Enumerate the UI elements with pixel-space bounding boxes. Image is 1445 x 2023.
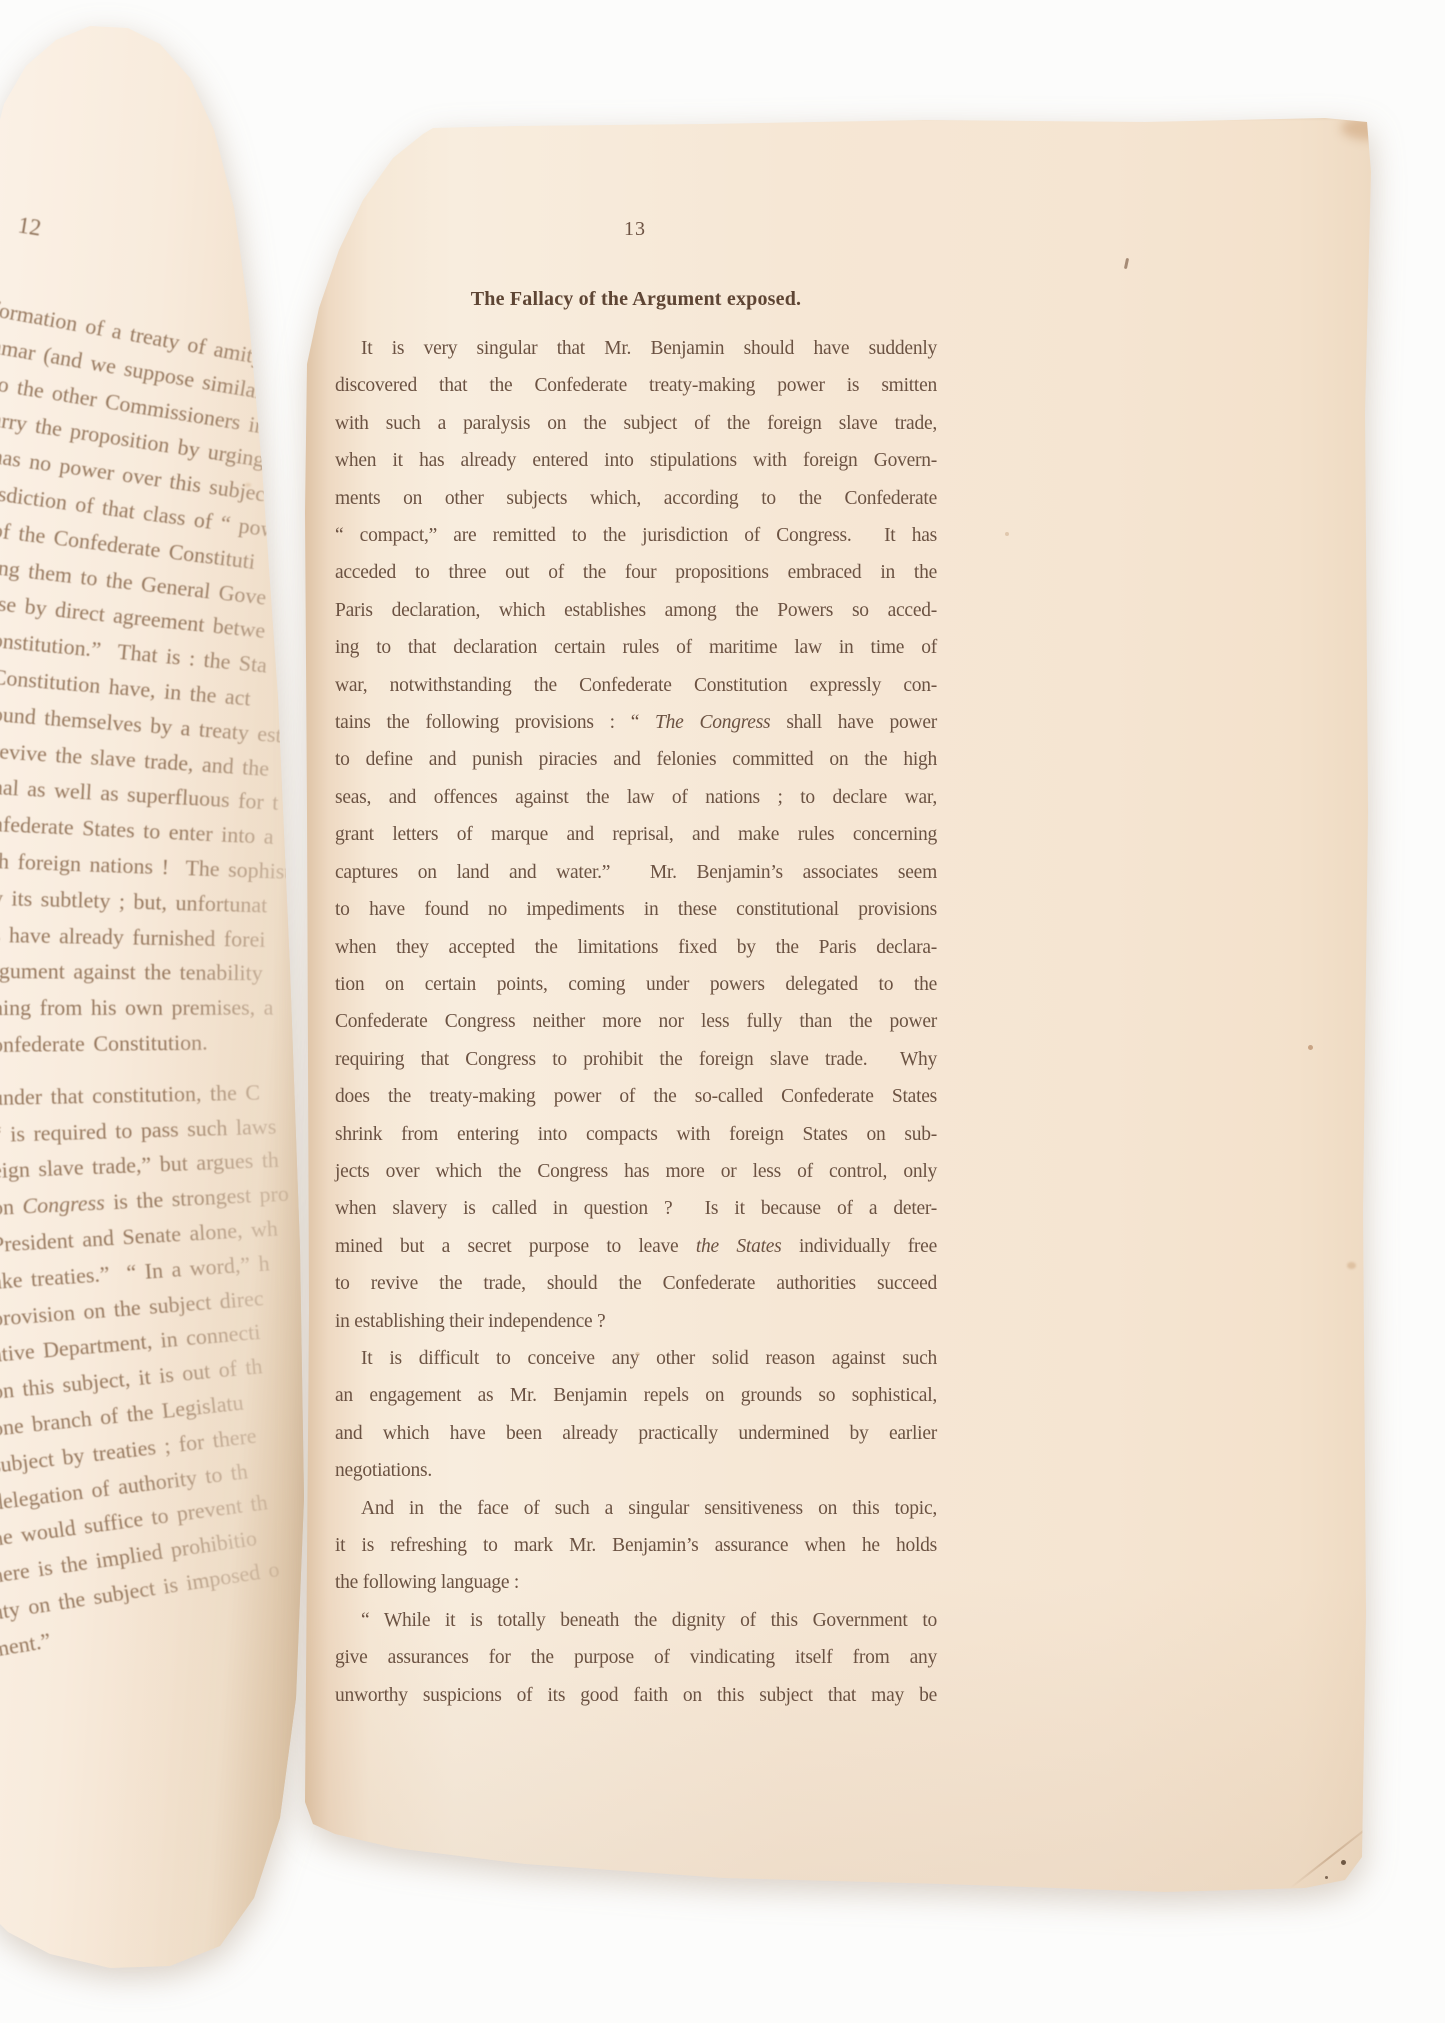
text-line: eign slave trade,” but argues th [0, 1145, 332, 1184]
text-line: seas, and offences against the law of na… [335, 779, 937, 816]
text-line: it is refreshing to mark Mr. Benjamin’s … [335, 1527, 937, 1564]
text-line: with such a paralysis on the subject of … [335, 405, 937, 442]
text-line: tion on certain points, coming under pow… [335, 966, 937, 1003]
right-page: 13 The Fallacy of the Argument exposed. … [305, 112, 1373, 1894]
text-line: “ While it is totally beneath the dignit… [335, 1602, 937, 1639]
text-line: does the treaty-making power of the so-c… [335, 1078, 937, 1115]
paragraph: It is very singular that Mr. Benjamin sh… [335, 330, 937, 1340]
foxing-spot [1347, 1262, 1356, 1269]
text-line: when it has already entered into stipula… [335, 442, 937, 479]
paragraph: “ While it is totally beneath the dignit… [335, 1602, 937, 1714]
text-line: when slavery is called in question ? Is … [335, 1190, 937, 1227]
text-line: when they accepted the limitations fixed… [335, 929, 937, 966]
foxing-spot [1341, 1860, 1346, 1865]
italic-text: The Congress [655, 712, 770, 733]
text-line: And in the face of such a singular sensi… [335, 1490, 937, 1527]
text-line: acceded to three out of the four proposi… [335, 554, 937, 591]
text-line: in establishing their independence ? [335, 1303, 937, 1340]
text-line: nal as well as superfluous for t [0, 774, 332, 819]
text-line: under that constitution, the C [0, 1078, 332, 1111]
text-line: Confederate Congress neither more nor le… [335, 1003, 937, 1040]
foxing-spot [1308, 1045, 1313, 1050]
text-line: shrink from entering into compacts with … [335, 1116, 937, 1153]
text-line: Paris declaration, which establishes amo… [335, 592, 937, 629]
book-photo: 12 formation of a treaty of amity aamar … [0, 0, 1445, 2023]
text-line: nfederate States to enter into a [0, 811, 332, 853]
left-page-wrap: 12 formation of a treaty of amity aamar … [0, 18, 325, 1970]
text-line: It is very singular that Mr. Benjamin sh… [335, 330, 937, 367]
text-line: requiring that Congress to prohibit the … [335, 1041, 937, 1078]
paragraph: And in the face of such a singular sensi… [335, 1490, 937, 1602]
text-line: give assurances for the purpose of vindi… [335, 1639, 937, 1676]
text-line: to have found no impediments in these co… [335, 891, 937, 928]
text-line: tains the following provisions : “ The C… [335, 704, 937, 741]
text-line: unworthy suspicions of its good faith on… [335, 1677, 937, 1714]
left-page-text: formation of a treaty of amity aamar (an… [0, 18, 325, 1970]
foxing-spot [1341, 116, 1399, 140]
text-line: to define and punish piracies and feloni… [335, 741, 937, 778]
text-line: ning from his own premises, a [0, 995, 332, 1021]
text-line: It is difficult to conceive any other so… [335, 1340, 937, 1377]
text-line: the following language : [335, 1564, 937, 1601]
right-page-wrap: 13 The Fallacy of the Argument exposed. … [305, 112, 1373, 1894]
text-line: discovered that the Confederate treaty-m… [335, 367, 937, 404]
text-line: y its subtlety ; but, unfortunat [0, 885, 332, 920]
text-line: an engagement as Mr. Benjamin repels on … [335, 1377, 937, 1414]
right-page-number: 13 [335, 218, 935, 241]
text-line: “ compact,” are remitted to the jurisdic… [335, 517, 937, 554]
text-line: jects over which the Congress has more o… [335, 1153, 937, 1190]
text-line: captures on land and water.” Mr. Benjami… [335, 854, 937, 891]
right-page-text: It is very singular that Mr. Benjamin sh… [335, 330, 937, 1714]
paragraph: It is difficult to conceive any other so… [335, 1340, 937, 1490]
foxing-spot [1005, 532, 1009, 536]
foxing-spot [1325, 1876, 1328, 1879]
text-line: ments on other subjects which, according… [335, 480, 937, 517]
corner-crease [1290, 1810, 1390, 1889]
text-line: s have already furnished forei [0, 922, 332, 954]
text-line: to revive the trade, should the Confeder… [335, 1265, 937, 1302]
text-line: onfederate Constitution. [0, 1028, 332, 1058]
foxing-spot [1124, 258, 1129, 269]
text-line: mined but a secret purpose to leave the … [335, 1228, 937, 1265]
text-line: th foreign nations ! The sophist [0, 848, 332, 886]
text-line: ing to that declaration certain rules of… [335, 629, 937, 666]
italic-text: the States [696, 1236, 782, 1257]
text-line: grant letters of marque and reprisal, an… [335, 816, 937, 853]
text-line: “ is required to pass such laws [0, 1112, 332, 1148]
section-heading: The Fallacy of the Argument exposed. [335, 288, 937, 311]
text-line: negotiations. [335, 1452, 937, 1489]
text-line: and which have been already practically … [335, 1415, 937, 1452]
text-line: war, notwithstanding the Confederate Con… [335, 667, 937, 704]
text-line: rgument against the tenability [0, 958, 332, 987]
italic-text: Congress [22, 1190, 105, 1219]
left-page: 12 formation of a treaty of amity aamar … [0, 18, 325, 1970]
